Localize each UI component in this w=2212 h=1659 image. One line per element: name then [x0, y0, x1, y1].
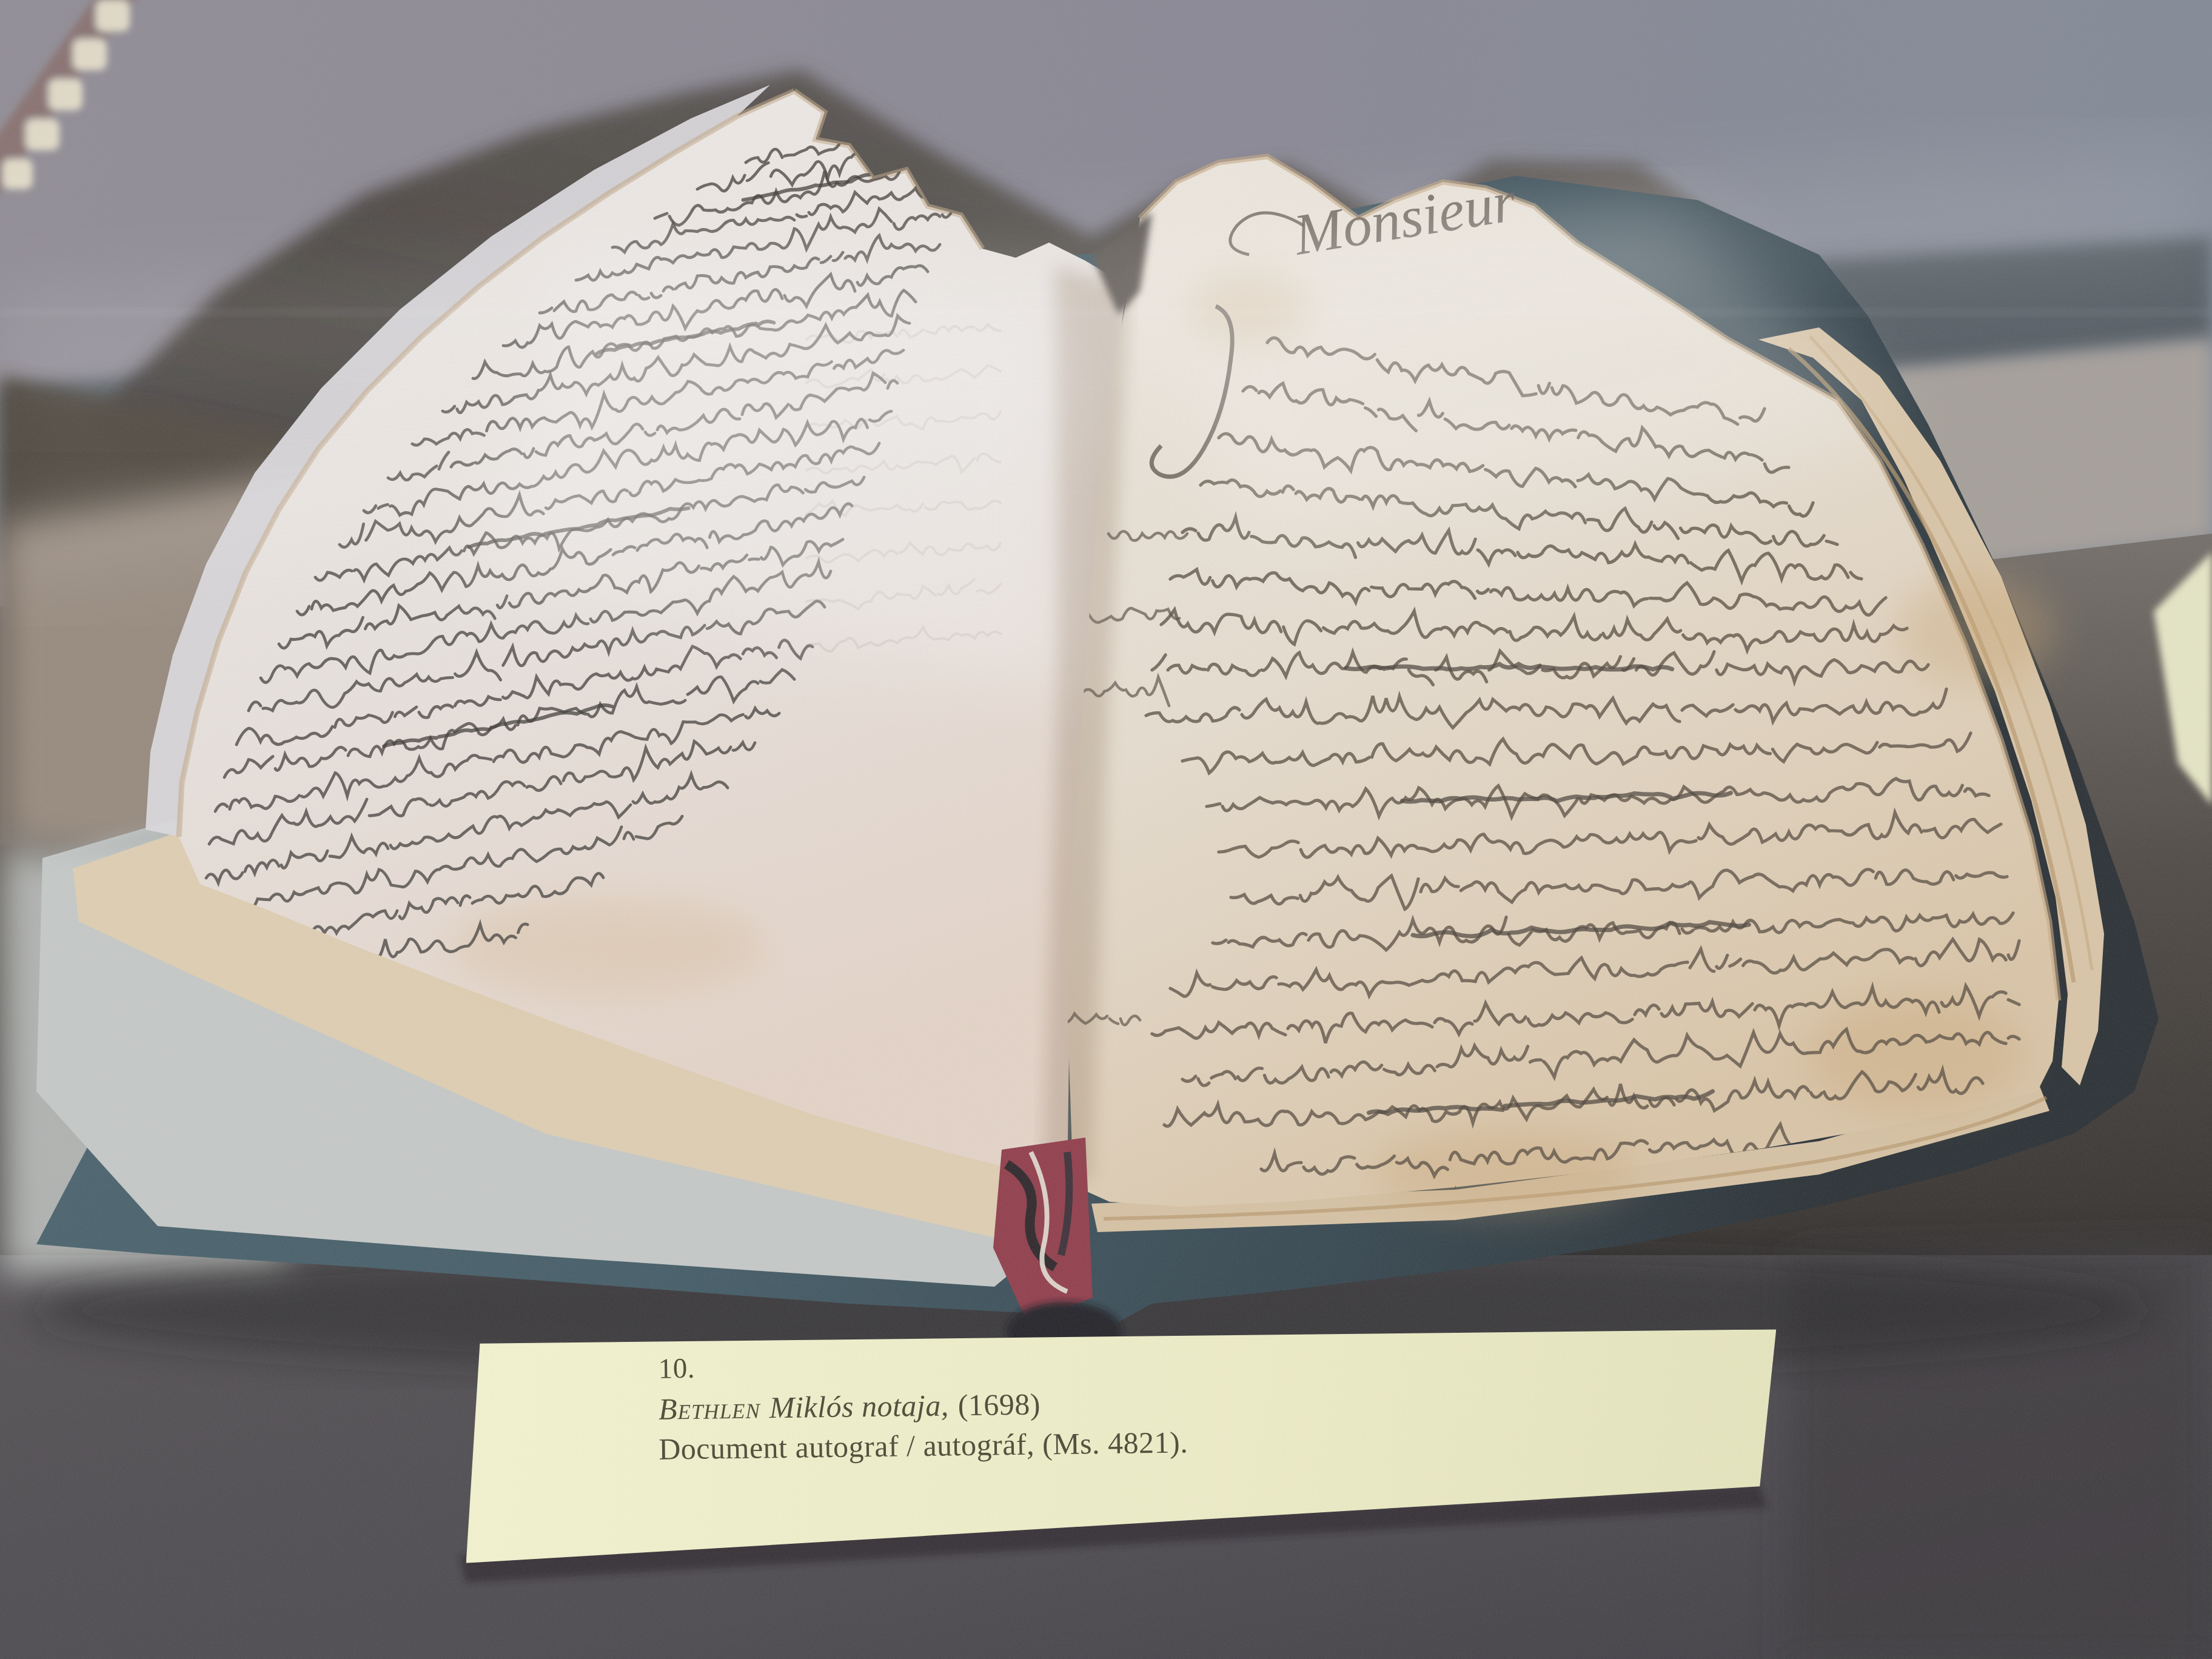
- label-title-line: BethlenMiklós notaja,(1698): [659, 1389, 1041, 1424]
- label-item-number: 10.: [658, 1355, 695, 1384]
- museum-display-photo: Monsieur: [0, 0, 2212, 1659]
- label-title: Miklós notaja,: [769, 1388, 949, 1424]
- label-description: Document autograf / autográf, (Ms. 4821)…: [659, 1427, 1188, 1464]
- label-author: Bethlen: [659, 1390, 761, 1426]
- label-year: (1698): [957, 1387, 1041, 1422]
